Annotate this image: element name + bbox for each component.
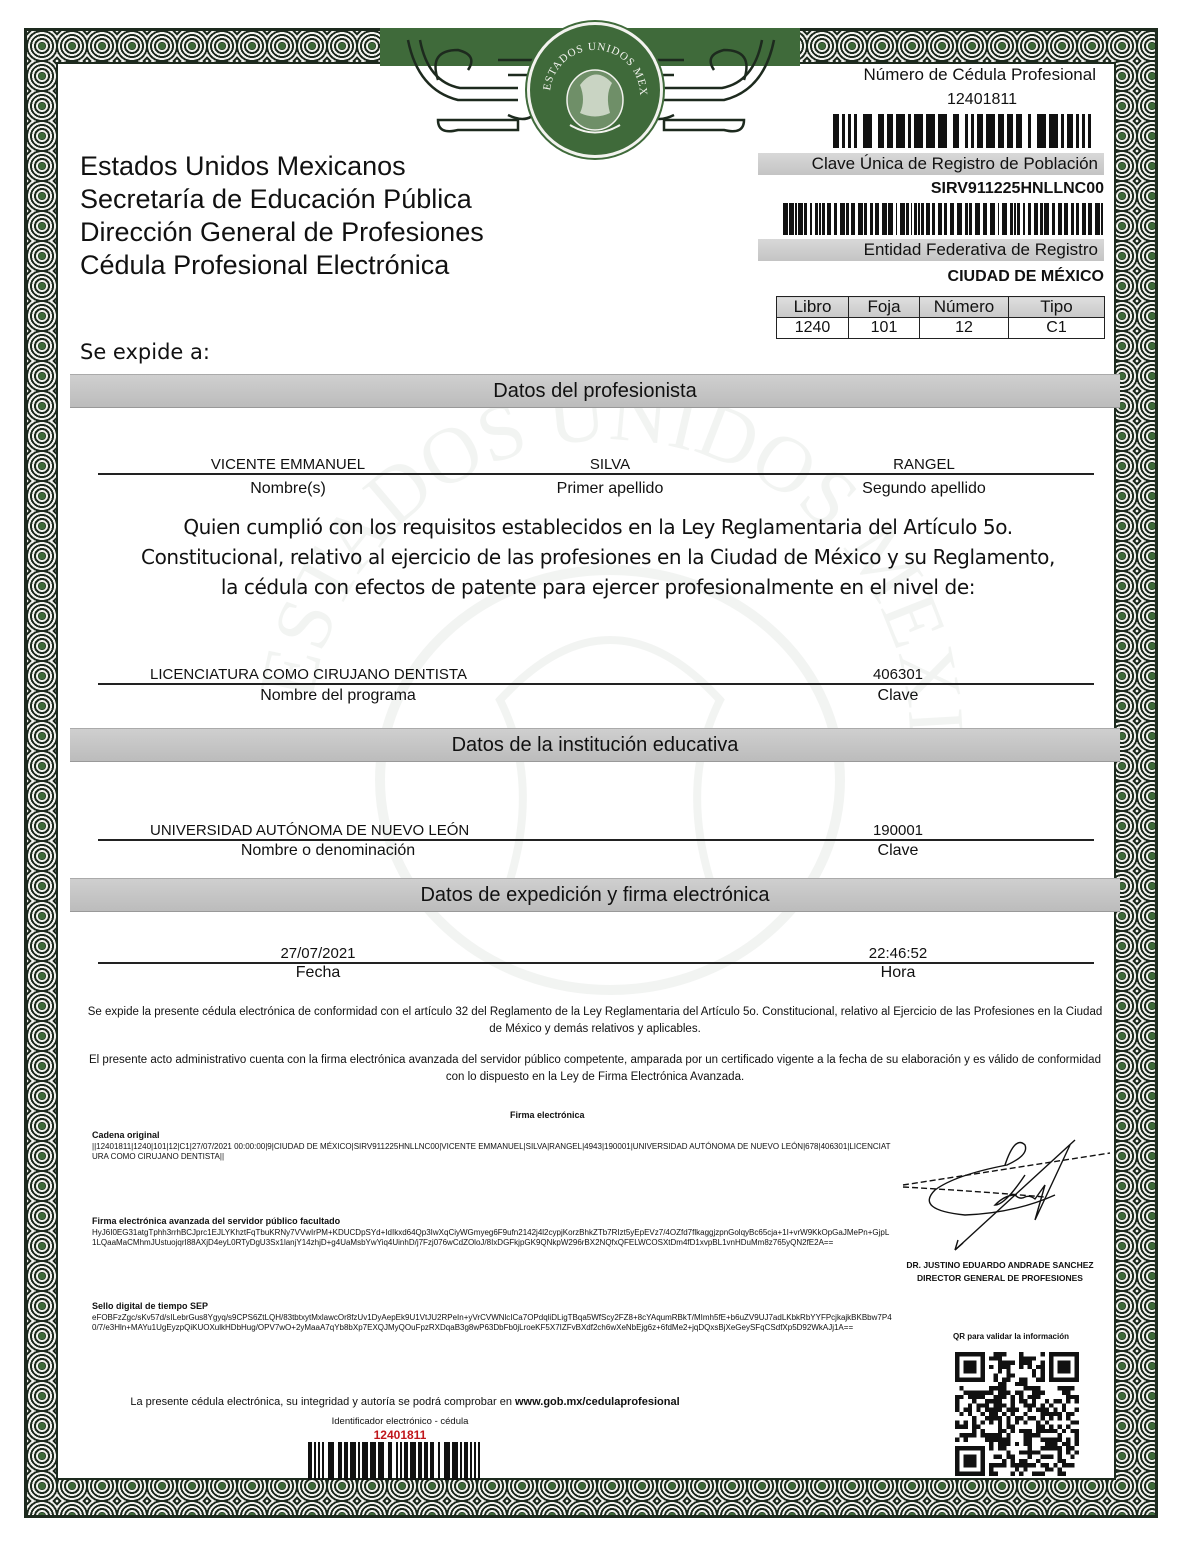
issued-to-label: Se expide a: — [80, 340, 210, 364]
registry-value-libro: 1240 — [777, 318, 849, 339]
program-key-value: 406301 — [838, 666, 958, 683]
name-fields: VICENTE EMMANUEL Nombre(s) SILVA Primer … — [98, 455, 1094, 505]
entidad-label: Entidad Federativa de Registro — [758, 239, 1104, 261]
registry-value-tipo: C1 — [1009, 318, 1105, 339]
legal-paragraph-1: Se expide la presente cédula electrónica… — [85, 1004, 1105, 1038]
statement-line-1: Quien cumplió con los requisitos estable… — [60, 512, 1136, 542]
registry-table: Libro Foja Número Tipo 1240 101 12 C1 — [776, 296, 1105, 339]
registry-value-foja: 101 — [849, 318, 920, 339]
registry-header-foja: Foja — [849, 297, 920, 318]
verification-note: La presente cédula electrónica, su integ… — [95, 1396, 715, 1408]
program-fields: LICENCIATURA COMO CIRUJANO DENTISTA Nomb… — [98, 665, 1094, 715]
validation-qr-code-icon[interactable] — [955, 1352, 1079, 1476]
title-country: Estados Unidos Mexicanos — [80, 150, 484, 183]
electronic-id-label: Identificador electrónico - cédula — [300, 1416, 500, 1427]
electronic-id-value: 12401811 — [300, 1428, 500, 1442]
ornament-left-icon — [398, 30, 548, 140]
curp-value: SIRV911225HNLLNC00 — [931, 180, 1104, 198]
statement-line-3: la cédula con efectos de patente para ej… — [60, 572, 1136, 602]
section-expedicion: Datos de expedición y firma electrónica — [70, 878, 1120, 912]
section-institucion: Datos de la institución educativa — [70, 728, 1120, 762]
handwritten-signature-icon — [895, 1125, 1115, 1255]
registry-value-numero: 12 — [920, 318, 1009, 339]
statement-line-2: Constitucional, relativo al ejercicio de… — [60, 542, 1136, 572]
entidad-value: CIUDAD DE MÉXICO — [948, 268, 1104, 286]
program-name-label: Nombre del programa — [238, 687, 438, 705]
advanced-signature-label: Firma electrónica avanzada del servidor … — [92, 1216, 340, 1226]
institution-underline — [98, 839, 1094, 841]
e-signature-title: Firma electrónica — [510, 1110, 585, 1120]
registry-header-tipo: Tipo — [1009, 297, 1105, 318]
title-directorate: Dirección General de Profesiones — [80, 216, 484, 249]
issuing-authority-titles: Estados Unidos Mexicanos Secretaría de E… — [80, 150, 484, 282]
curp-barcode — [783, 203, 1104, 235]
verification-text: La presente cédula electrónica, su integ… — [130, 1396, 515, 1408]
electronic-id-barcode — [308, 1442, 484, 1480]
cedula-barcode — [833, 114, 1097, 148]
first-surname-label: Primer apellido — [510, 480, 710, 498]
qr-label: QR para validar la información — [936, 1332, 1086, 1341]
program-name-value: LICENCIATURA COMO CIRUJANO DENTISTA — [138, 666, 550, 683]
program-underline — [98, 683, 1094, 685]
institution-key-label: Clave — [838, 842, 958, 860]
original-chain-text: ||12401811|1240|101|12|C1|27/07/2021 00:… — [92, 1142, 892, 1162]
verification-link[interactable]: www.gob.mx/cedulaprofesional — [515, 1396, 680, 1408]
issue-date-value: 27/07/2021 — [228, 945, 408, 962]
legal-paragraph-2: El presente acto administrativo cuenta c… — [85, 1052, 1105, 1086]
cedula-number-value: 12401811 — [868, 90, 1096, 110]
title-ministry: Secretaría de Educación Pública — [80, 183, 484, 216]
registry-header-libro: Libro — [777, 297, 849, 318]
issue-time-value: 22:46:52 — [838, 945, 958, 962]
signer-title: DIRECTOR GENERAL DE PROFESIONES — [880, 1272, 1120, 1285]
institution-name-label: Nombre o denominación — [228, 842, 428, 860]
title-document: Cédula Profesional Electrónica — [80, 249, 484, 282]
given-names-label: Nombre(s) — [188, 480, 388, 498]
first-surname-value: SILVA — [510, 456, 710, 473]
timestamp-seal-label: Sello digital de tiempo SEP — [92, 1301, 208, 1311]
issue-date-label: Fecha — [228, 964, 408, 982]
signer-block: DR. JUSTINO EDUARDO ANDRADE SANCHEZ DIRE… — [880, 1259, 1120, 1285]
original-chain-label: Cadena original — [92, 1130, 160, 1140]
registry-header-numero: Número — [920, 297, 1009, 318]
name-underline — [98, 473, 1094, 475]
institution-key-value: 190001 — [838, 822, 958, 839]
cedula-number-label: Número de Cédula Profesional — [758, 64, 1096, 86]
national-coat-of-arms-icon: ESTADOS UNIDOS MEXICANOS — [527, 22, 663, 158]
institution-name-value: UNIVERSIDAD AUTÓNOMA DE NUEVO LEÓN — [138, 822, 550, 839]
section-profesionista: Datos del profesionista — [70, 374, 1120, 408]
second-surname-value: RANGEL — [824, 456, 1024, 473]
legal-statement: Quien cumplió con los requisitos estable… — [60, 512, 1136, 602]
issuance-fields: 27/07/2021 Fecha 22:46:52 Hora — [98, 945, 1094, 985]
program-key-label: Clave — [838, 687, 958, 705]
given-names-value: VICENTE EMMANUEL — [188, 456, 388, 473]
timestamp-seal-text: eFOBFzZgc/sKv57d/sILebrGus8Ygyq/s9CPS6Zt… — [92, 1313, 892, 1333]
signer-name: DR. JUSTINO EDUARDO ANDRADE SANCHEZ — [880, 1259, 1120, 1272]
issue-time-label: Hora — [838, 964, 958, 982]
advanced-signature-text: HyJ6I0EG31atgTphh3rrhBCJprc1EJLYKhztFqTb… — [92, 1228, 892, 1248]
institution-fields: UNIVERSIDAD AUTÓNOMA DE NUEVO LEÓN Nombr… — [98, 821, 1094, 871]
cedula-number-block: Número de Cédula Profesional 12401811 — [758, 64, 1104, 110]
second-surname-label: Segundo apellido — [824, 480, 1024, 498]
curp-label: Clave Única de Registro de Población — [758, 153, 1104, 175]
